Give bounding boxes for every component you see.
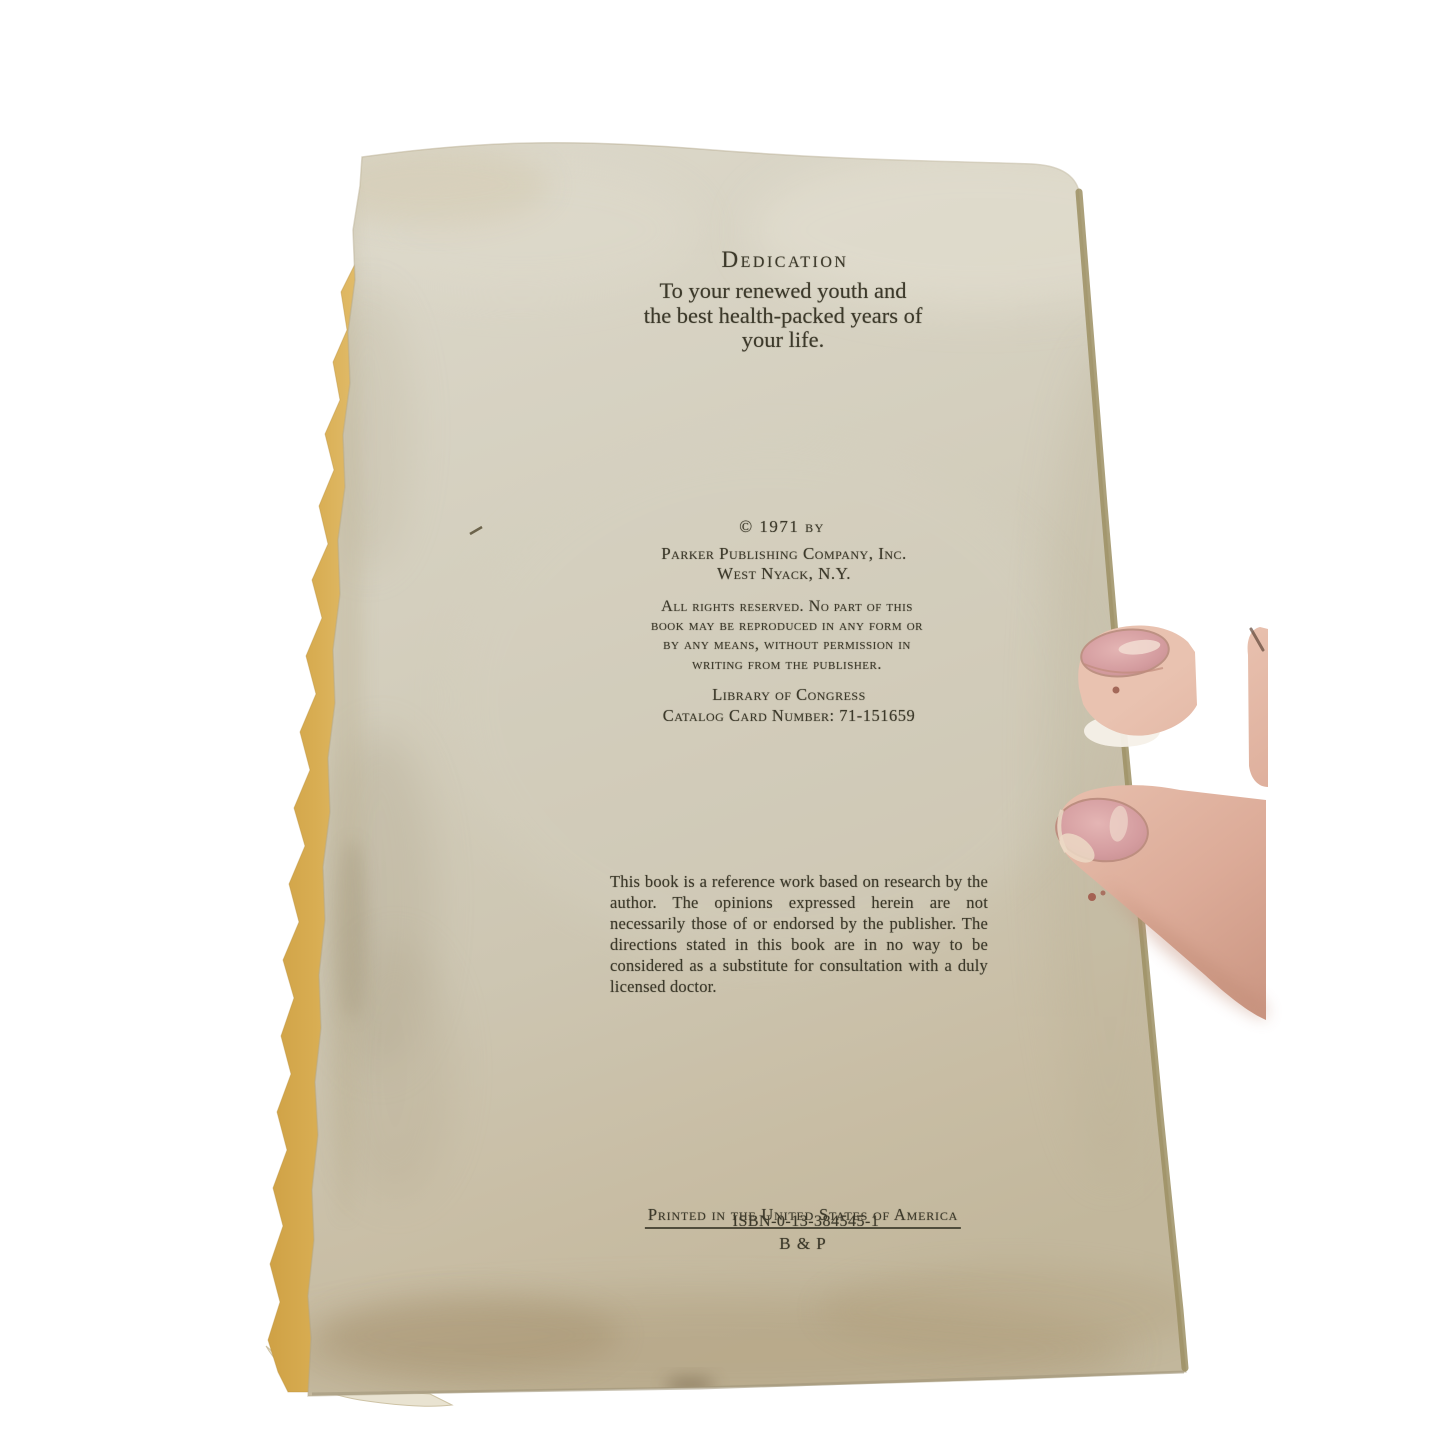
imprint-code: B & P — [779, 1234, 827, 1254]
publisher-block: Parker Publishing Company, Inc. West Nya… — [661, 544, 907, 583]
isbn-line: ISBN-0-13-384545-1 — [733, 1213, 880, 1231]
book-product-photo: Dedication To your renewed youth and the… — [0, 0, 1445, 1445]
library-of-congress-block: Library of Congress Catalog Card Number:… — [663, 685, 915, 726]
dedication-heading: Dedication — [722, 247, 849, 273]
page-text-layer: Dedication To your renewed youth and the… — [0, 0, 1445, 1445]
rights-reserved-block: All rights reserved. No part of this boo… — [651, 597, 923, 674]
copyright-year-line: © 1971 by — [739, 517, 825, 537]
dedication-body: To your renewed youth and the best healt… — [644, 279, 923, 353]
disclaimer-paragraph: This book is a reference work based on r… — [610, 871, 988, 997]
